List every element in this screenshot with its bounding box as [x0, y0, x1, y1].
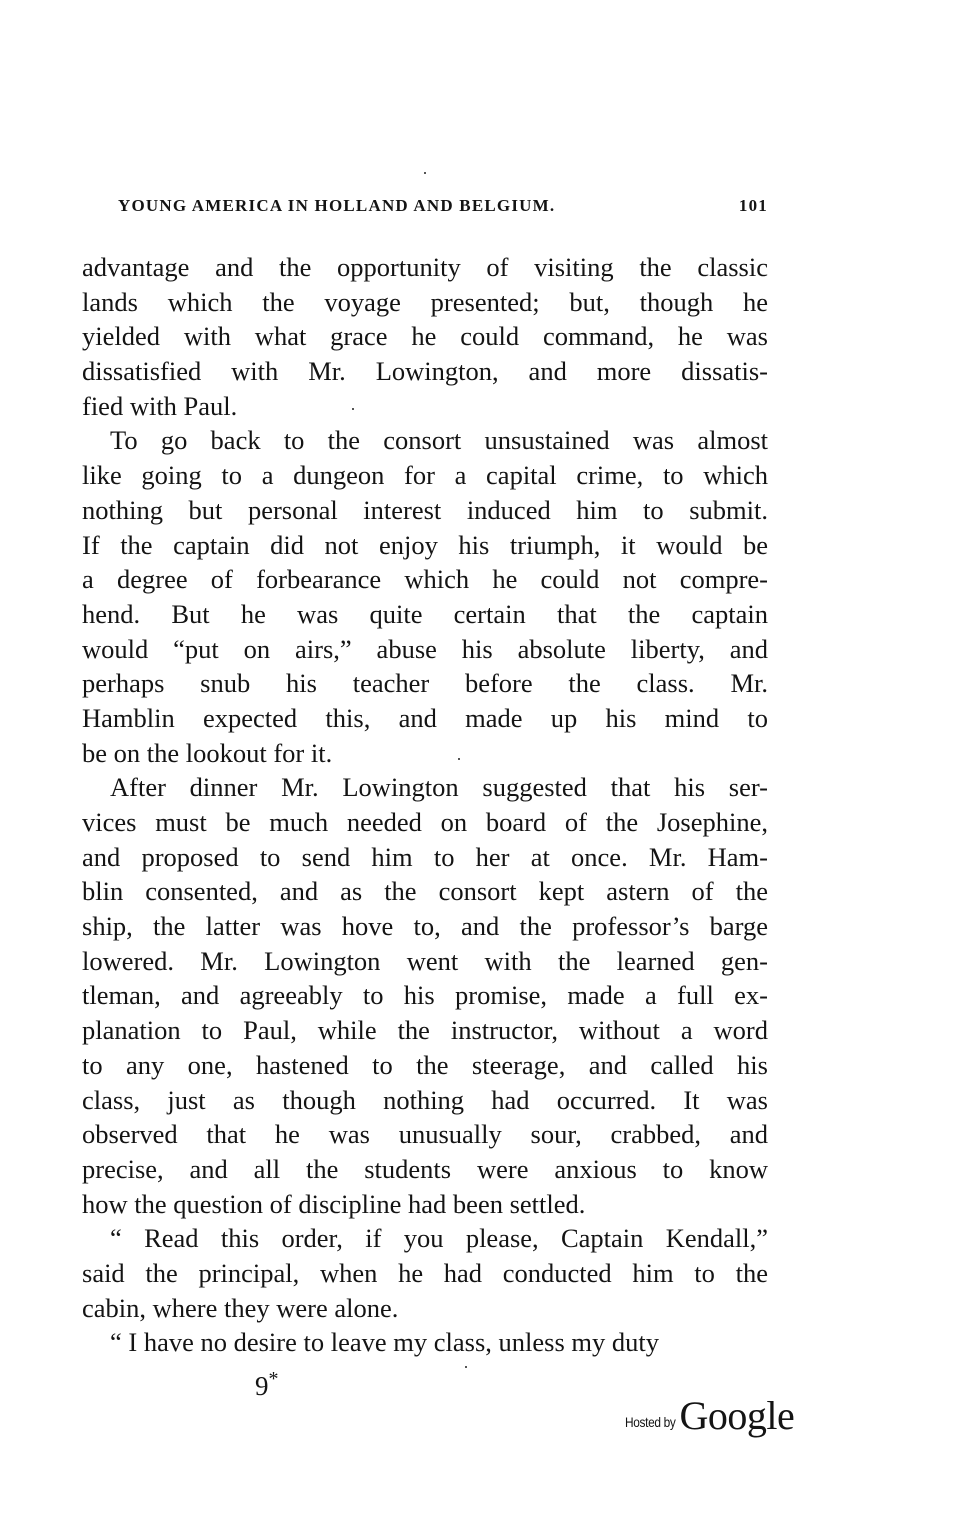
scan-speck: [424, 172, 426, 174]
text-line: lands which the voyage presented; but, t…: [82, 285, 768, 320]
text-line: would “put on airs,” abuse his absolute …: [82, 632, 768, 667]
scan-speck: [458, 758, 460, 760]
google-logo: Google: [679, 1396, 794, 1436]
body-text: advantage and the opportunity of visitin…: [82, 250, 768, 1360]
text-line: Hamblin expected this, and made up his m…: [82, 701, 768, 736]
text-line: be on the lookout for it.: [82, 736, 768, 771]
paragraph: “ I have no desire to leave my class, un…: [82, 1325, 768, 1360]
text-line: dissatisfied with Mr. Lowington, and mor…: [82, 354, 768, 389]
text-line: precise, and all the students were anxio…: [82, 1152, 768, 1187]
text-line: “ I have no desire to leave my class, un…: [82, 1325, 768, 1360]
scan-speck: [352, 408, 354, 410]
text-line: to any one, hastened to the steerage, an…: [82, 1048, 768, 1083]
text-line: a degree of forbearance which he could n…: [82, 562, 768, 597]
text-line: class, just as though nothing had occurr…: [82, 1083, 768, 1118]
text-line: said the principal, when he had conducte…: [82, 1256, 768, 1291]
signature-mark: 9*: [255, 1368, 279, 1402]
text-line: “ Read this order, if you please, Captai…: [82, 1221, 768, 1256]
text-line: observed that he was unusually sour, cra…: [82, 1117, 768, 1152]
text-line: perhaps snub his teacher before the clas…: [82, 666, 768, 701]
paragraph: advantage and the opportunity of visitin…: [82, 250, 768, 423]
page-number: 101: [739, 196, 768, 216]
text-line: tleman, and agreeably to his promise, ma…: [82, 978, 768, 1013]
hosted-by-label: Hosted by: [625, 1414, 676, 1430]
text-line: ship, the latter was hove to, and the pr…: [82, 909, 768, 944]
text-line: nothing but personal interest induced hi…: [82, 493, 768, 528]
running-head: YOUNG AMERICA IN HOLLAND AND BELGIUM. 10…: [118, 196, 768, 216]
text-line: how the question of discipline had been …: [82, 1187, 768, 1222]
text-line: lowered. Mr. Lowington went with the lea…: [82, 944, 768, 979]
text-line: blin consented, and as the consort kept …: [82, 874, 768, 909]
text-line: planation to Paul, while the instructor,…: [82, 1013, 768, 1048]
text-line: like going to a dungeon for a capital cr…: [82, 458, 768, 493]
text-line: cabin, where they were alone.: [82, 1291, 768, 1326]
running-title: YOUNG AMERICA IN HOLLAND AND BELGIUM.: [118, 196, 555, 216]
text-line: hend. But he was quite certain that the …: [82, 597, 768, 632]
signature-number: 9: [255, 1371, 269, 1401]
text-line: To go back to the consort unsustained wa…: [82, 423, 768, 458]
text-line: fied with Paul.: [82, 389, 768, 424]
text-line: advantage and the opportunity of visitin…: [82, 250, 768, 285]
hosted-by-google-watermark: Hosted by Google: [625, 1396, 794, 1436]
paragraph: To go back to the consort unsustained wa…: [82, 423, 768, 770]
text-line: If the captain did not enjoy his triumph…: [82, 528, 768, 563]
scan-speck: [465, 1366, 467, 1368]
text-line: yielded with what grace he could command…: [82, 319, 768, 354]
signature-star: *: [269, 1368, 279, 1390]
text-line: After dinner Mr. Lowington suggested tha…: [82, 770, 768, 805]
paragraph: After dinner Mr. Lowington suggested tha…: [82, 770, 768, 1221]
paragraph: “ Read this order, if you please, Captai…: [82, 1221, 768, 1325]
text-line: vices must be much needed on board of th…: [82, 805, 768, 840]
text-line: and proposed to send him to her at once.…: [82, 840, 768, 875]
book-page: YOUNG AMERICA IN HOLLAND AND BELGIUM. 10…: [0, 0, 974, 1513]
